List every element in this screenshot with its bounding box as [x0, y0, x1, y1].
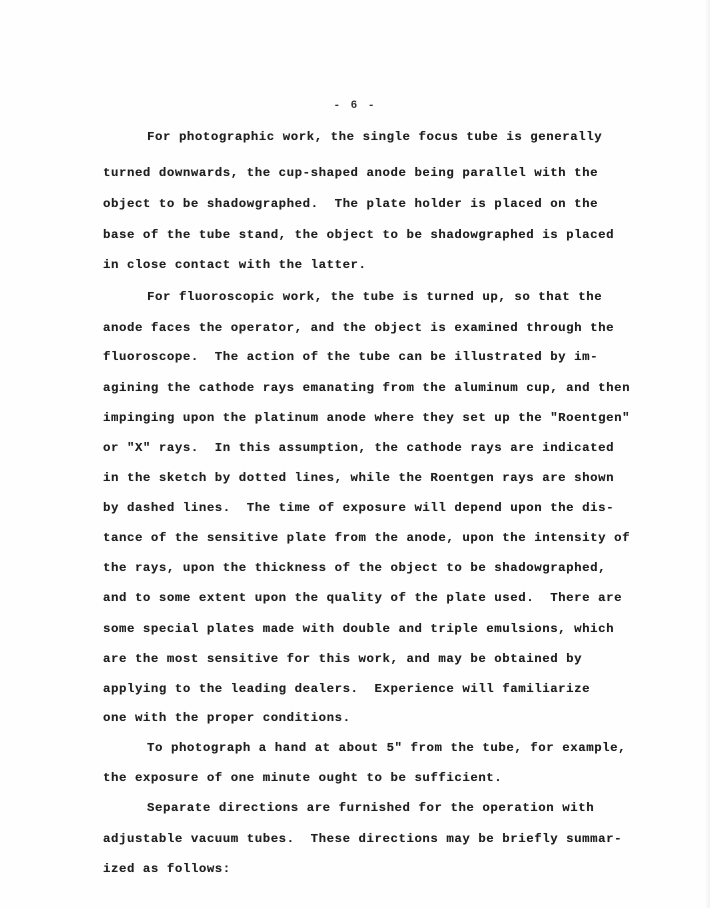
text-line: in close contact with the latter.: [103, 258, 367, 272]
text-line: To photograph a hand at about 5" from th…: [147, 741, 626, 755]
text-line: some special plates made with double and…: [103, 622, 614, 636]
text-line: For fluoroscopic work, the tube is turne…: [147, 290, 602, 304]
text-line: object to be shadowgraphed. The plate ho…: [103, 197, 598, 211]
text-line: fluoroscope. The action of the tube can …: [103, 350, 598, 364]
text-line: are the most sensitive for this work, an…: [103, 652, 582, 666]
text-line: impinging upon the platinum anode where …: [103, 411, 630, 425]
text-line: one with the proper conditions.: [103, 711, 351, 725]
text-line: ized as follows:: [103, 862, 231, 876]
text-line: applying to the leading dealers. Experie…: [103, 682, 590, 696]
text-line: turned downwards, the cup-shaped anode b…: [103, 166, 598, 180]
text-line: tance of the sensitive plate from the an…: [103, 531, 630, 545]
document-page: - 6 - For photographic work, the single …: [0, 0, 710, 908]
text-line: anode faces the operator, and the object…: [103, 321, 614, 335]
text-line: For photographic work, the single focus …: [147, 130, 602, 144]
page-number: - 6 -: [0, 100, 710, 112]
text-line: adjustable vacuum tubes. These direction…: [103, 832, 622, 846]
page-edge: [704, 0, 710, 908]
text-line: and to some extent upon the quality of t…: [103, 591, 622, 605]
text-line: base of the tube stand, the object to be…: [103, 228, 614, 242]
text-line: in the sketch by dotted lines, while the…: [103, 471, 614, 485]
text-line: agining the cathode rays emanating from …: [103, 381, 630, 395]
text-line: or "X" rays. In this assumption, the cat…: [103, 441, 614, 455]
text-line: the exposure of one minute ought to be s…: [103, 771, 502, 785]
text-line: by dashed lines. The time of exposure wi…: [103, 501, 614, 515]
text-line: Separate directions are furnished for th…: [147, 801, 594, 815]
text-line: the rays, upon the thickness of the obje…: [103, 561, 606, 575]
